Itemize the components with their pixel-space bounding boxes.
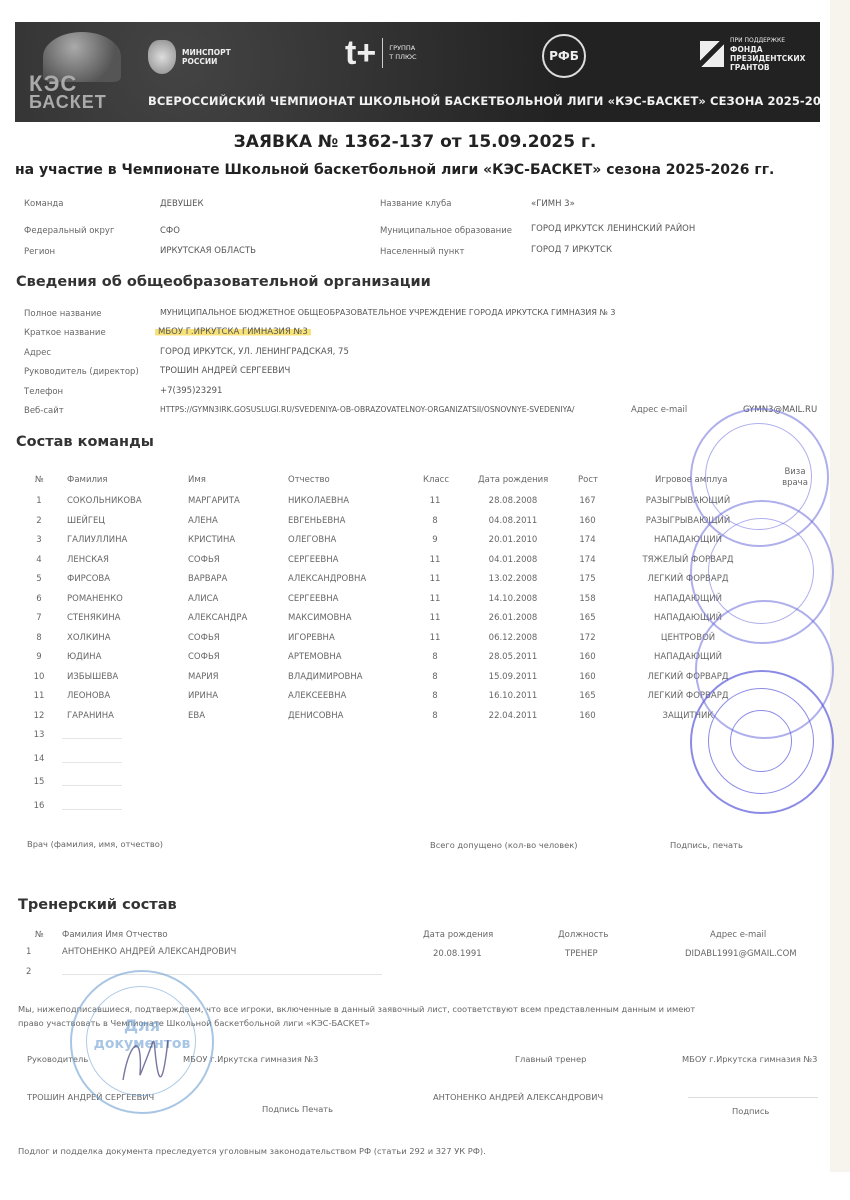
org-email-label: Адрес e-mail: [631, 405, 687, 415]
cell-surname: ШЕЙГЕЦ: [67, 516, 105, 526]
cell-patronymic: СЕРГЕЕВНА: [288, 555, 338, 565]
cell-patronymic: ДЕНИСОВНА: [288, 711, 343, 721]
cell-surname: ХОЛКИНА: [67, 633, 111, 643]
cell-num: 4: [31, 555, 47, 565]
district-label: Федеральный округ: [24, 226, 114, 236]
coach-row-email[interactable]: DIDABL1991@GMAIL.COM: [685, 949, 797, 959]
confirmation-text-2: право участвовать в Чемпионате Школьной …: [18, 1018, 370, 1028]
grants-text-2: ФОНДА: [730, 45, 805, 54]
empty-row-line: [62, 809, 122, 810]
cell-grade: 11: [425, 555, 445, 565]
cell-surname: ФИРСОВА: [67, 574, 110, 584]
cell-birthdate: 26.01.2008: [478, 613, 548, 623]
tplus-icon: t+: [345, 36, 376, 70]
cell-height: 174: [575, 535, 600, 545]
cell-position: ЛЕГКИЙ ФОРВАРД: [638, 691, 738, 701]
cell-grade: 11: [425, 613, 445, 623]
federation-stamp-4-inner: [708, 688, 814, 794]
col-position: Игровое амплуа: [655, 475, 727, 485]
cell-position: НАПАДАЮЩИЙ: [638, 652, 738, 662]
doctor-signature-label: Подпись, печать: [670, 840, 743, 850]
doctor-label: Врач (фамилия, имя, отчество): [27, 839, 163, 849]
coach-empty-line: [62, 974, 382, 975]
application-subtitle: на участие в Чемпионате Школьной баскетб…: [15, 162, 774, 178]
minsport-logo: МИНСПОРТРОССИИ: [148, 40, 231, 74]
phone-value: +7(395)23291: [160, 386, 222, 396]
org-email-value[interactable]: GYMN3@MAIL.RU: [743, 405, 817, 415]
short-name-value: МБОУ Г.ИРКУТСКА ГИМНАЗИЯ №3: [155, 327, 311, 337]
rfb-logo: РФБ: [542, 34, 586, 78]
coach-col-birthdate: Дата рождения: [423, 930, 493, 940]
team-value: ДЕВУШЕК: [160, 199, 204, 209]
head-coach-name: АНТОНЕНКО АНДРЕЙ АЛЕКСАНДРОВИЧ: [433, 1092, 603, 1102]
cell-patronymic: МАКСИМОВНА: [288, 613, 352, 623]
cell-num: 12: [31, 711, 47, 721]
full-name-value: МУНИЦИПАЛЬНОЕ БЮДЖЕТНОЕ ОБЩЕОБРАЗОВАТЕЛЬ…: [160, 308, 615, 317]
cell-num: 1: [31, 496, 47, 506]
minsport-text-2: РОССИИ: [182, 57, 231, 66]
coach-col-email: Адрес e-mail: [710, 930, 766, 940]
cell-grade: 8: [425, 652, 445, 662]
stamp-text-2: документов: [72, 1035, 212, 1053]
col-birthdate: Дата рождения: [478, 475, 548, 485]
cell-patronymic: СЕРГЕЕВНА: [288, 594, 338, 604]
cell-grade: 11: [425, 496, 445, 506]
head-org: МБОУ г.Иркутска гимназия №3: [183, 1054, 318, 1064]
divider: [382, 38, 383, 68]
organization-section-title: Сведения об общеобразовательной организа…: [16, 274, 431, 290]
cell-height: 165: [575, 613, 600, 623]
cell-name: МАРГАРИТА: [188, 496, 240, 506]
cell-grade: 8: [425, 691, 445, 701]
cell-name: АЛЕНА: [188, 516, 218, 526]
banner-title: ВСЕРОССИЙСКИЙ ЧЕМПИОНАТ ШКОЛЬНОЙ БАСКЕТБ…: [148, 94, 820, 108]
cell-height: 160: [575, 672, 600, 682]
minsport-text-1: МИНСПОРТ: [182, 48, 231, 57]
cell-birthdate: 06.12.2008: [478, 633, 548, 643]
cell-height: 165: [575, 691, 600, 701]
cell-birthdate: 28.05.2011: [478, 652, 548, 662]
cell-position: РАЗЫГРЫВАЮЩИЙ: [638, 496, 738, 506]
cell-name: ВАРВАРА: [188, 574, 227, 584]
logo-text-kes: КЭС: [29, 74, 107, 93]
cell-num: 15: [31, 777, 47, 787]
cell-num: 7: [31, 613, 47, 623]
col-num: №: [35, 475, 44, 485]
cell-num: 3: [31, 535, 47, 545]
cell-name: АЛЕКСАНДРА: [188, 613, 247, 623]
cell-height: 167: [575, 496, 600, 506]
cell-grade: 8: [425, 672, 445, 682]
logo-text-basket: БАСКЕТ: [29, 93, 107, 112]
director-signature-icon: [118, 1030, 173, 1090]
grants-text-4: ГРАНТОВ: [730, 63, 805, 72]
club-value: «ГИМН 3»: [531, 199, 575, 209]
cell-birthdate: 28.08.2008: [478, 496, 548, 506]
cell-patronymic: АЛЕКСЕЕВНА: [288, 691, 346, 701]
coach-row-num: 1: [26, 947, 31, 957]
cell-num: 10: [31, 672, 47, 682]
col-patronymic: Отчество: [288, 475, 330, 485]
cell-num: 2: [31, 516, 47, 526]
head-coach-org: МБОУ г.Иркутска гимназия №3: [682, 1054, 817, 1064]
website-label: Веб-сайт: [24, 406, 64, 416]
coach-col-role: Должность: [558, 930, 608, 940]
cell-surname: ЛЕОНОВА: [67, 691, 110, 701]
coach-row-num: 2: [26, 967, 31, 977]
full-name-label: Полное название: [24, 309, 102, 319]
cell-birthdate: 13.02.2008: [478, 574, 548, 584]
cell-num: 5: [31, 574, 47, 584]
cell-height: 172: [575, 633, 600, 643]
region-value: ИРКУТСКАЯ ОБЛАСТЬ: [160, 246, 256, 256]
grants-icon: [700, 41, 724, 67]
col-name: Имя: [188, 475, 206, 485]
director-value: ТРОШИН АНДРЕЙ СЕРГЕЕВИЧ: [160, 366, 290, 376]
cell-position: НАПАДАЮЩИЙ: [638, 535, 738, 545]
visa-text-2: врача: [778, 478, 812, 489]
cell-num: 16: [31, 801, 47, 811]
tplus-text-2: Т ПЛЮС: [389, 53, 416, 62]
cell-position: РАЗЫГРЫВАЮЩИЙ: [638, 516, 738, 526]
cell-height: 174: [575, 555, 600, 565]
coach-row-role: ТРЕНЕР: [565, 949, 598, 959]
cell-patronymic: ВЛАДИМИРОВНА: [288, 672, 363, 682]
cell-birthdate: 22.04.2011: [478, 711, 548, 721]
col-surname: Фамилия: [67, 475, 108, 485]
district-value: СФО: [160, 226, 180, 236]
region-label: Регион: [24, 247, 55, 257]
cell-height: 158: [575, 594, 600, 604]
cell-birthdate: 04.08.2011: [478, 516, 548, 526]
cell-patronymic: ИГОРЕВНА: [288, 633, 335, 643]
cell-surname: ГАЛИУЛЛИНА: [67, 535, 127, 545]
col-grade: Класс: [423, 475, 449, 485]
coach-col-fio: Фамилия Имя Отчество: [62, 930, 168, 940]
rfb-emblem-icon: РФБ: [542, 34, 586, 78]
cell-grade: 8: [425, 711, 445, 721]
cell-grade: 11: [425, 633, 445, 643]
short-name-highlight: МБОУ Г.ИРКУТСКА ГИМНАЗИЯ №3: [155, 327, 311, 337]
cell-position: ТЯЖЕЛЫЙ ФОРВАРД: [638, 555, 738, 565]
empty-row-line: [62, 762, 122, 763]
coach-row-birthdate: 20.08.1991: [433, 949, 482, 959]
cell-height: 160: [575, 652, 600, 662]
website-value[interactable]: HTTPS://GYMN3IRK.GOSUSLUGI.RU/SVEDENIYA-…: [160, 405, 574, 414]
coaches-section-title: Тренерский состав: [18, 897, 177, 913]
grants-text-1: ПРИ ПОДДЕРЖКЕ: [730, 36, 805, 45]
cell-num: 11: [31, 691, 47, 701]
school-stamp-inner: [86, 986, 196, 1096]
cell-grade: 8: [425, 516, 445, 526]
phone-label: Телефон: [24, 387, 63, 397]
director-label: Руководитель (директор): [24, 367, 139, 377]
cell-surname: ГАРАНИНА: [67, 711, 114, 721]
federation-stamp-4-core: [730, 710, 792, 772]
cell-birthdate: 16.10.2011: [478, 691, 548, 701]
cell-patronymic: АЛЕКСАНДРОВНА: [288, 574, 366, 584]
cell-name: ЕВА: [188, 711, 205, 721]
coach-row-fio: АНТОНЕНКО АНДРЕЙ АЛЕКСАНДРОВИЧ: [62, 947, 236, 957]
federation-stamp-2-inner: [708, 518, 814, 624]
cell-patronymic: ЕВГЕНЬЕВНА: [288, 516, 345, 526]
cell-position: ЗАЩИТНИК: [638, 711, 738, 721]
cell-position: ЛЕГКИЙ ФОРВАРД: [638, 574, 738, 584]
tplus-logo: t+ ГРУППАТ ПЛЮС: [345, 36, 417, 70]
cell-patronymic: ОЛЕГОВНА: [288, 535, 336, 545]
empty-row-line: [62, 738, 122, 739]
cell-position: НАПАДАЮЩИЙ: [638, 613, 738, 623]
team-label: Команда: [24, 199, 64, 209]
col-height: Рост: [578, 475, 598, 485]
cell-height: 160: [575, 516, 600, 526]
cell-position: ЛЕГКИЙ ФОРВАРД: [638, 672, 738, 682]
cell-patronymic: НИКОЛАЕВНА: [288, 496, 349, 506]
page-edge: [830, 0, 850, 1172]
presidential-grants-logo: ПРИ ПОДДЕРЖКЕ ФОНДА ПРЕЗИДЕНТСКИХ ГРАНТО…: [700, 36, 805, 72]
header-banner: КЭСБАСКЕТ МИНСПОРТРОССИИ t+ ГРУППАТ ПЛЮС…: [15, 22, 820, 122]
municipality-value: ГОРОД ИРКУТСК ЛЕНИНСКИЙ РАЙОН: [531, 224, 695, 234]
cell-surname: СОКОЛЬНИКОВА: [67, 496, 142, 506]
cell-birthdate: 20.01.2010: [478, 535, 548, 545]
municipality-label: Муниципальное образование: [380, 226, 512, 236]
cell-name: КРИСТИНА: [188, 535, 235, 545]
cell-grade: 9: [425, 535, 445, 545]
cell-name: СОФЬЯ: [188, 652, 220, 662]
cell-num: 13: [31, 730, 47, 740]
confirmation-text-1: Мы, нижеподписавшиеся, подтверждаем, что…: [18, 1004, 695, 1014]
cell-grade: 11: [425, 594, 445, 604]
short-name-label: Краткое название: [24, 328, 106, 338]
locality-label: Населенный пункт: [380, 247, 464, 257]
cell-position: ЦЕНТРОВОЙ: [638, 633, 738, 643]
cell-grade: 11: [425, 574, 445, 584]
cell-position: НАПАДАЮЩИЙ: [638, 594, 738, 604]
forgery-warning: Подлог и подделка документа преследуется…: [18, 1146, 486, 1156]
application-title: ЗАЯВКА № 1362-137 от 15.09.2025 г.: [0, 132, 830, 152]
roster-section-title: Состав команды: [16, 434, 154, 450]
cell-birthdate: 04.01.2008: [478, 555, 548, 565]
cell-surname: ИЗБЫШЕВА: [67, 672, 118, 682]
empty-row-line: [62, 785, 122, 786]
cell-surname: ЛЕНСКАЯ: [67, 555, 109, 565]
eagle-emblem-icon: [148, 40, 176, 74]
coach-signature-line: [688, 1097, 818, 1098]
cell-name: МАРИЯ: [188, 672, 219, 682]
cell-patronymic: АРТЕМОВНА: [288, 652, 342, 662]
kes-basket-logo: КЭСБАСКЕТ: [25, 30, 135, 115]
address-label: Адрес: [24, 348, 51, 358]
cell-num: 8: [31, 633, 47, 643]
cell-name: АЛИСА: [188, 594, 218, 604]
cell-name: ИРИНА: [188, 691, 218, 701]
head-signature-label: Подпись Печать: [262, 1104, 333, 1114]
cell-num: 9: [31, 652, 47, 662]
cell-num: 6: [31, 594, 47, 604]
cell-height: 160: [575, 711, 600, 721]
head-name: ТРОШИН АНДРЕЙ СЕРГЕЕВИЧ: [27, 1092, 154, 1102]
visa-text-1: Виза: [778, 467, 812, 478]
coach-col-num: №: [35, 930, 44, 940]
cell-surname: ЮДИНА: [67, 652, 101, 662]
address-value: ГОРОД ИРКУТСК, УЛ. ЛЕНИНГРАДСКАЯ, 75: [160, 347, 349, 357]
col-doctor-visa: Визаврача: [778, 467, 812, 489]
cell-num: 14: [31, 754, 47, 764]
cell-birthdate: 14.10.2008: [478, 594, 548, 604]
head-label: Руководитель: [27, 1054, 88, 1064]
cell-name: СОФЬЯ: [188, 555, 220, 565]
cell-height: 175: [575, 574, 600, 584]
head-coach-label: Главный тренер: [515, 1054, 586, 1064]
cell-surname: СТЕНЯКИНА: [67, 613, 120, 623]
locality-value: ГОРОД 7 ИРКУТСК: [531, 245, 612, 255]
coach-signature-label: Подпись: [732, 1106, 769, 1116]
cell-birthdate: 15.09.2011: [478, 672, 548, 682]
grants-text-3: ПРЕЗИДЕНТСКИХ: [730, 54, 805, 63]
admitted-count-label: Всего допущено (кол-во человек): [430, 840, 578, 850]
tplus-text-1: ГРУППА: [389, 44, 416, 53]
club-label: Название клуба: [380, 199, 451, 209]
cell-name: СОФЬЯ: [188, 633, 220, 643]
cell-surname: РОМАНЕНКО: [67, 594, 123, 604]
